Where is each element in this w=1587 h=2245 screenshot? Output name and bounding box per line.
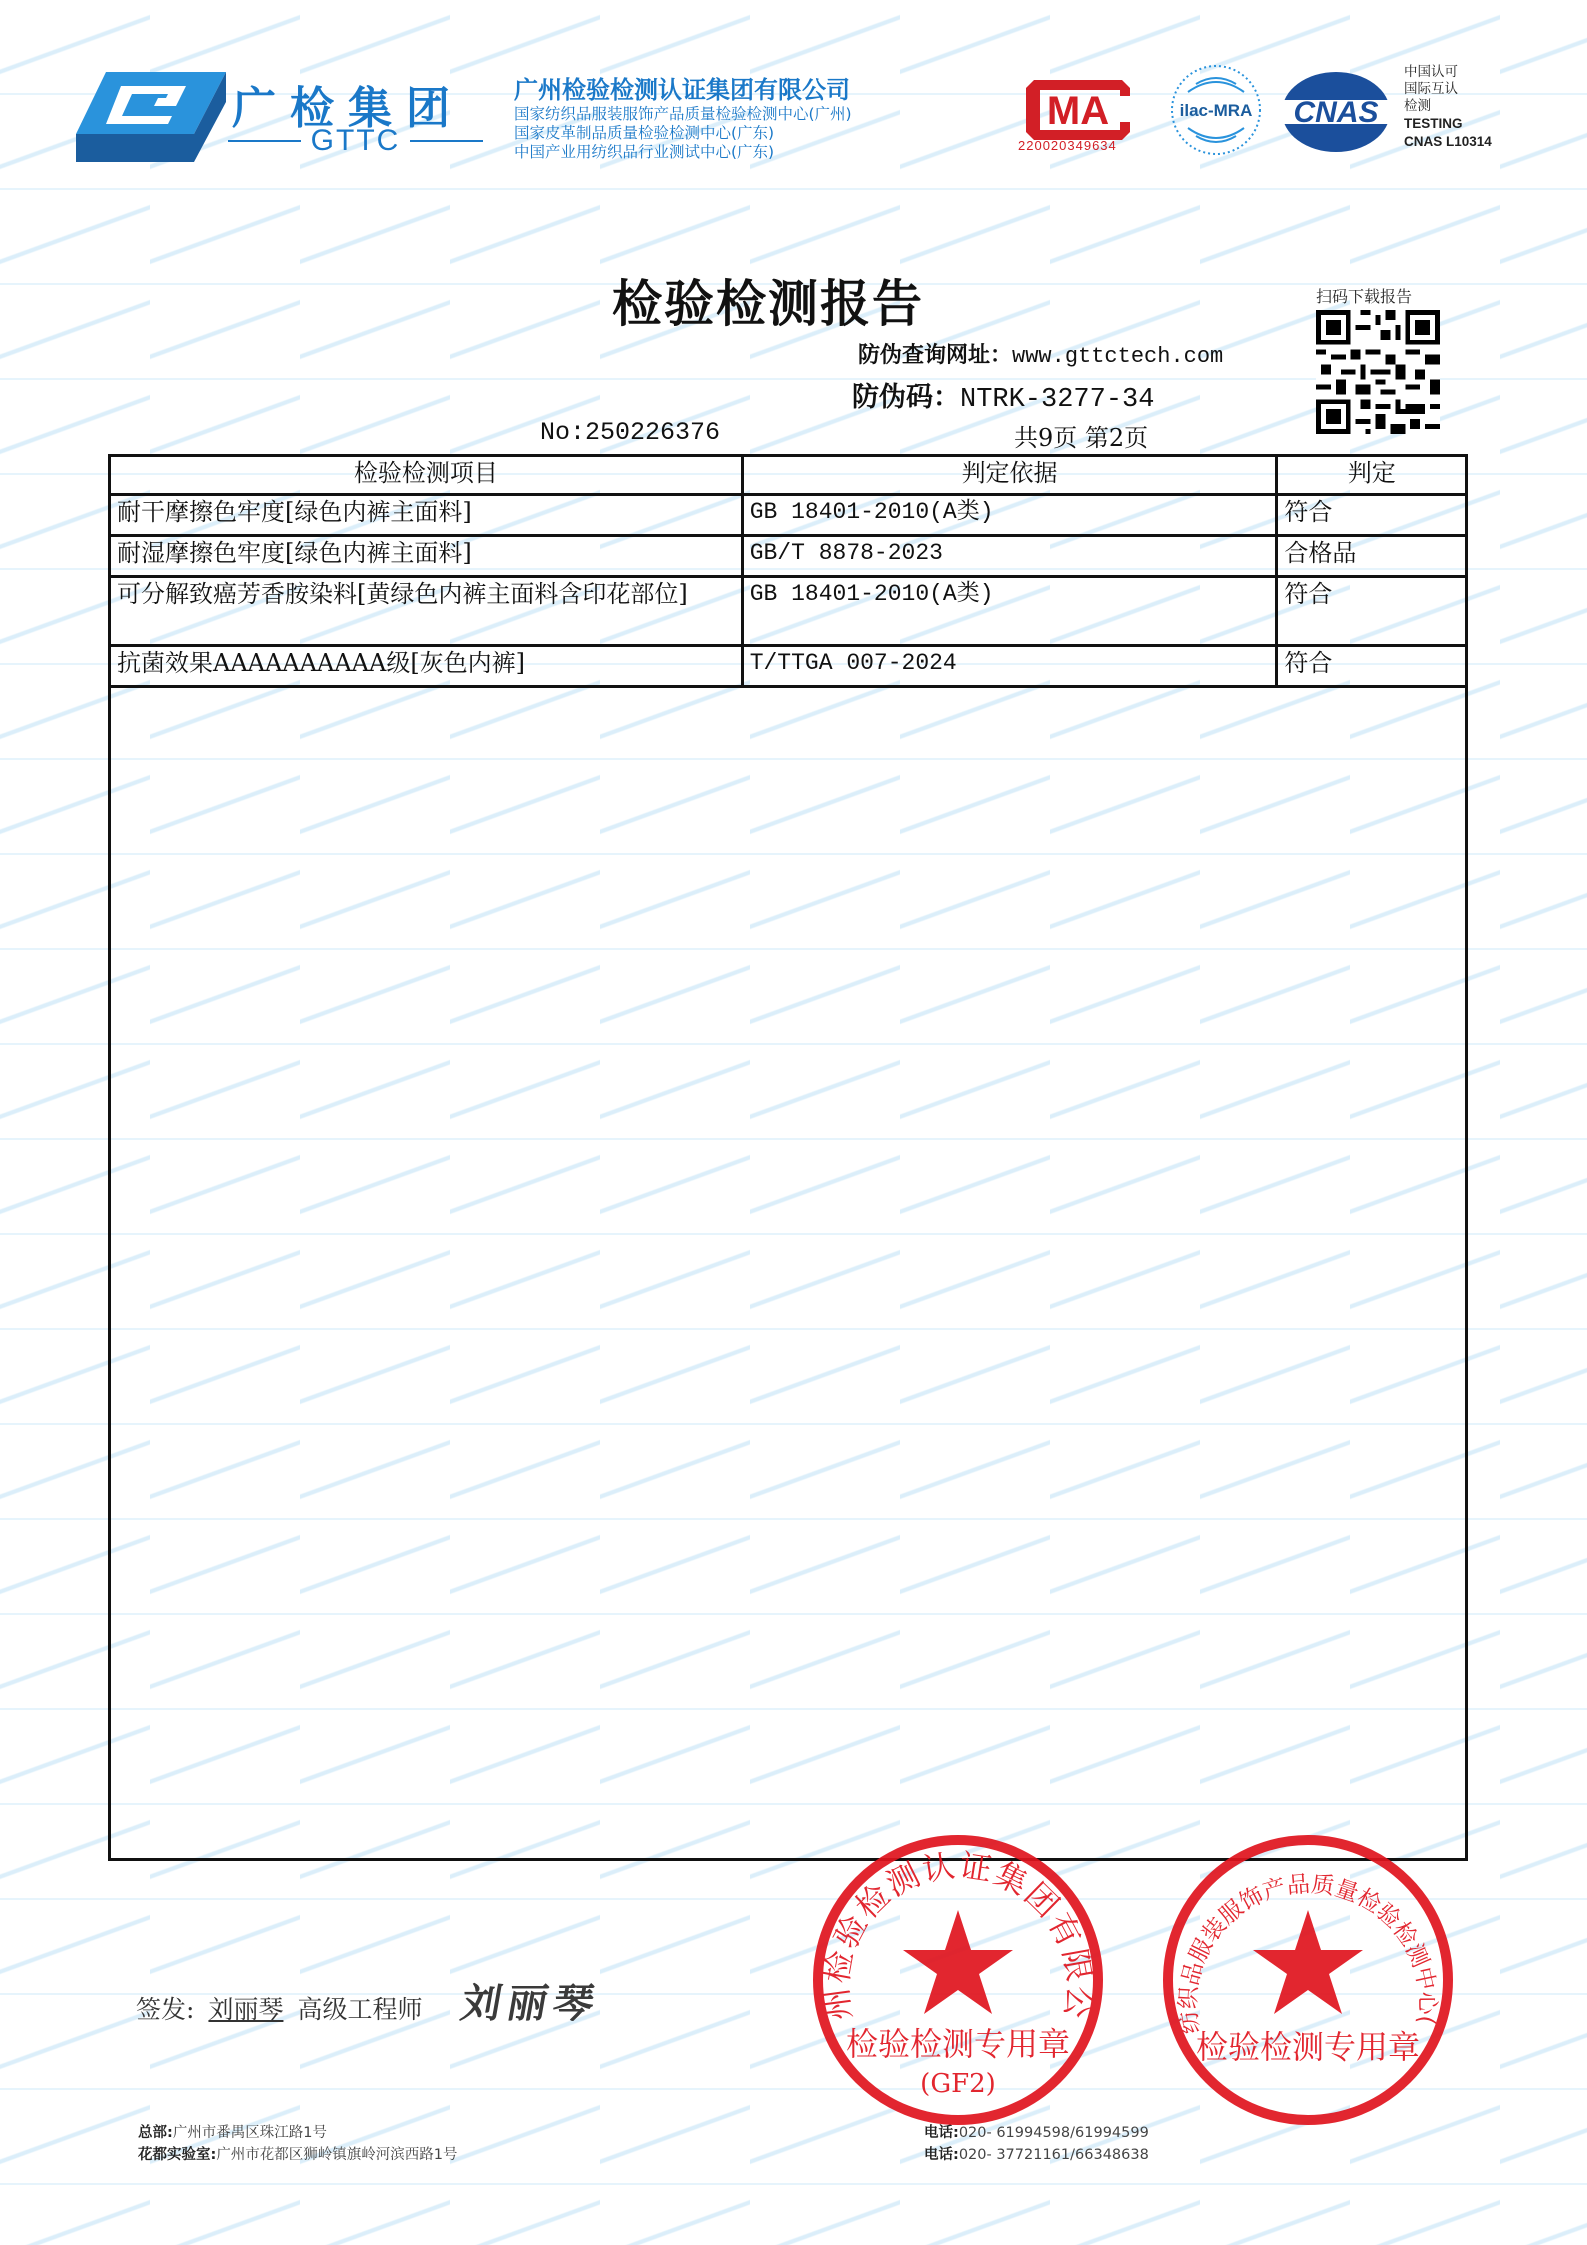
page-info: 共9页 第2页 (1014, 418, 1148, 453)
report-number: No:250226376 (540, 418, 720, 447)
svg-text:(GF2): (GF2) (920, 2069, 996, 2099)
table-row: 可分解致癌芳香胺染料[黄绿色内裤主面料含印花部位] GB 18401-2010(… (110, 577, 1467, 646)
code-label: 防伪码： (852, 382, 960, 413)
issuer-label: 签发: (136, 1990, 194, 2026)
qr-code-icon[interactable] (1316, 310, 1440, 434)
svg-text:国家纺织品服装服饰产品质量检验检测中心(广州): 国家纺织品服装服饰产品质量检验检测中心(广州) (1158, 1830, 1440, 2035)
cnas-text: 中国认可 国际互认 检测 TESTING CNAS L10314 (1404, 64, 1492, 151)
item-cell: 耐干摩擦色牢度[绿色内裤主面料] (110, 495, 743, 536)
standard-cell: GB/T 8878-2023 (742, 536, 1277, 577)
cnas-testing: TESTING (1404, 116, 1463, 131)
header-item: 检验检测项目 (110, 456, 743, 495)
table-row: 耐湿摩擦色牢度[绿色内裤主面料] GB/T 8878-2023 合格品 (110, 536, 1467, 577)
issuer-title: 高级工程师 (297, 1990, 422, 2026)
standard-cell: T/TTGA 007-2024 (742, 646, 1277, 687)
anti-fake-code: 防伪码：NTRK-3277-34 (852, 375, 1154, 415)
svg-text:MA: MA (1047, 89, 1109, 133)
table-row: 耐干摩擦色牢度[绿色内裤主面料] GB 18401-2010(A类) 符合 (110, 495, 1467, 536)
header-verdict: 判定 (1277, 456, 1467, 495)
phone-label: 电话: (924, 2147, 959, 2163)
standard-cell: GB 18401-2010(A类) (742, 495, 1277, 536)
item-cell: 可分解致癌芳香胺染料[黄绿色内裤主面料含印花部位] (110, 577, 743, 646)
anti-fake-url: 防伪查询网址：www.gttctech.com (858, 338, 1223, 369)
gttc-logo-icon (76, 72, 226, 162)
company-name: 广州检验检测认证集团有限公司 (514, 70, 850, 105)
svg-text:ilac-MRA: ilac-MRA (1180, 101, 1253, 120)
svg-text:检验检测专用章: 检验检测专用章 (846, 2025, 1070, 2063)
standard-cell: GB 18401-2010(A类) (742, 577, 1277, 646)
svg-text:CNAS: CNAS (1293, 96, 1378, 129)
url-value[interactable]: www.gttctech.com (1012, 344, 1223, 369)
code-value: NTRK-3277-34 (960, 385, 1154, 415)
cnas-logo-icon: CNAS (1276, 70, 1396, 154)
verdict-cell: 符合 (1277, 495, 1467, 536)
issuer-name: 刘丽琴 (208, 1990, 283, 2026)
footer-addresses: 总部:广州市番禺区珠江路1号 花都实验室:广州市花都区狮岭镇旗岭河滨西路1号 (138, 2122, 458, 2166)
cma-logo-icon: MA (1020, 74, 1136, 146)
cnas-line-1: 中国认可 (1404, 64, 1492, 81)
phone-2: 电话:020- 37721161/66348638 (924, 2144, 1149, 2166)
item-cell: 抗菌效果AAAAAAAAAA级[灰色内裤] (110, 646, 743, 687)
ilac-mra-logo-icon: ilac-MRA (1168, 62, 1264, 158)
brand-abbr: GTTC (311, 124, 401, 158)
header-standard: 判定依据 (742, 456, 1277, 495)
sub-org-3: 中国产业用纺织品行业测试中心(广东) (514, 140, 774, 162)
table-row: 抗菌效果AAAAAAAAAA级[灰色内裤] T/TTGA 007-2024 符合 (110, 646, 1467, 687)
verdict-cell: 符合 (1277, 577, 1467, 646)
qr-label: 扫码下载报告 (1316, 284, 1412, 307)
cnas-code: CNAS L10314 (1404, 134, 1492, 149)
hq-value: 广州市番禺区珠江路1号 (173, 2125, 327, 2141)
handwritten-signature: 刘丽琴 (457, 1972, 605, 2029)
hq-address: 总部:广州市番禺区珠江路1号 (138, 2122, 458, 2144)
report-title: 检验检测报告 (612, 264, 924, 336)
divider (228, 140, 301, 142)
brand-name-en: GTTC (228, 124, 483, 158)
url-label: 防伪查询网址： (858, 343, 1012, 368)
svg-text:检验检测专用章: 检验检测专用章 (1196, 2028, 1420, 2066)
issuer-signature: 签发: 刘丽琴 高级工程师 (136, 1990, 422, 2026)
results-table: 检验检测项目 判定依据 判定 耐干摩擦色牢度[绿色内裤主面料] GB 18401… (108, 454, 1468, 688)
center-seal-icon: 国家纺织品服装服饰产品质量检验检测中心(广州) 检验检测专用章 (1158, 1830, 1458, 2130)
cma-number: 220020349634 (1018, 138, 1117, 153)
lab-label: 花都实验室: (138, 2147, 216, 2163)
item-cell: 耐湿摩擦色牢度[绿色内裤主面料] (110, 536, 743, 577)
lab-address: 花都实验室:广州市花都区狮岭镇旗岭河滨西路1号 (138, 2144, 458, 2166)
company-seal-icon: 广州检验检测认证集团有限公司 检验检测专用章 (GF2) (808, 1830, 1108, 2130)
verdict-cell: 合格品 (1277, 536, 1467, 577)
hq-label: 总部: (138, 2125, 173, 2141)
phone-value: 020- 37721161/66348638 (959, 2147, 1149, 2163)
divider (410, 140, 483, 142)
verdict-cell: 符合 (1277, 646, 1467, 687)
lab-value: 广州市花都区狮岭镇旗岭河滨西路1号 (216, 2147, 457, 2163)
cnas-line-3: 检测 (1404, 98, 1492, 115)
cnas-line-2: 国际互认 (1404, 81, 1492, 98)
